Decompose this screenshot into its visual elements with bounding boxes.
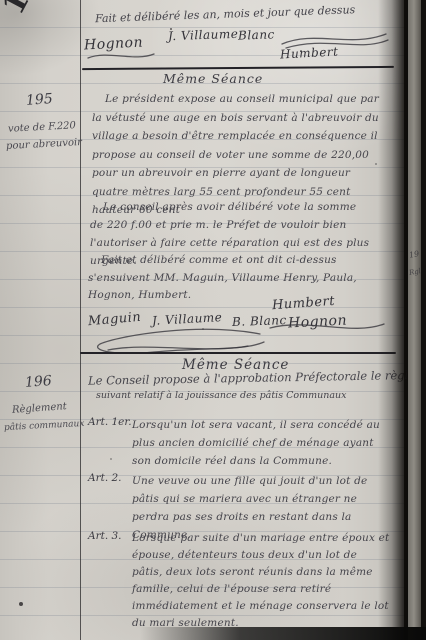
scanned-register-page: 130 Fait et délibéré les an, mois et jou…: [0, 0, 426, 640]
session-header: Même Séance: [163, 71, 263, 86]
article-label: Art. 3.: [88, 530, 132, 632]
signature-flourish: [86, 50, 156, 64]
facing-page-text-fragment: 19: [408, 249, 420, 260]
entry-number: 196: [24, 373, 52, 391]
separator-line: [80, 352, 396, 354]
article-3: Art. 3. Lorsque par suite d'un mariage e…: [88, 530, 390, 632]
deliberation-paragraph: Fait et délibéré comme et ont dit ci-des…: [88, 252, 388, 305]
signature-flourish: [280, 28, 390, 50]
signature-flourish: [268, 318, 388, 338]
signature-blanc: Blanc: [238, 27, 275, 42]
bottom-scan-shadow: [140, 627, 426, 640]
entry-number: 195: [25, 91, 53, 109]
facing-page-edge: [408, 0, 421, 640]
article-text: Lorsque par suite d'un mariage entre épo…: [132, 530, 390, 632]
article-text: Lorsqu'un lot sera vacant, il sera concé…: [132, 416, 390, 470]
article-1: Art. 1er. Lorsqu'un lot sera vacant, il …: [88, 416, 390, 470]
regulation-intro: suivant relatif à la jouissance des pâti…: [96, 390, 396, 401]
article-label: Art. 1er.: [88, 416, 132, 470]
signature-villaume: J. Villaume: [168, 27, 239, 43]
margin-rule-line: [80, 0, 81, 640]
